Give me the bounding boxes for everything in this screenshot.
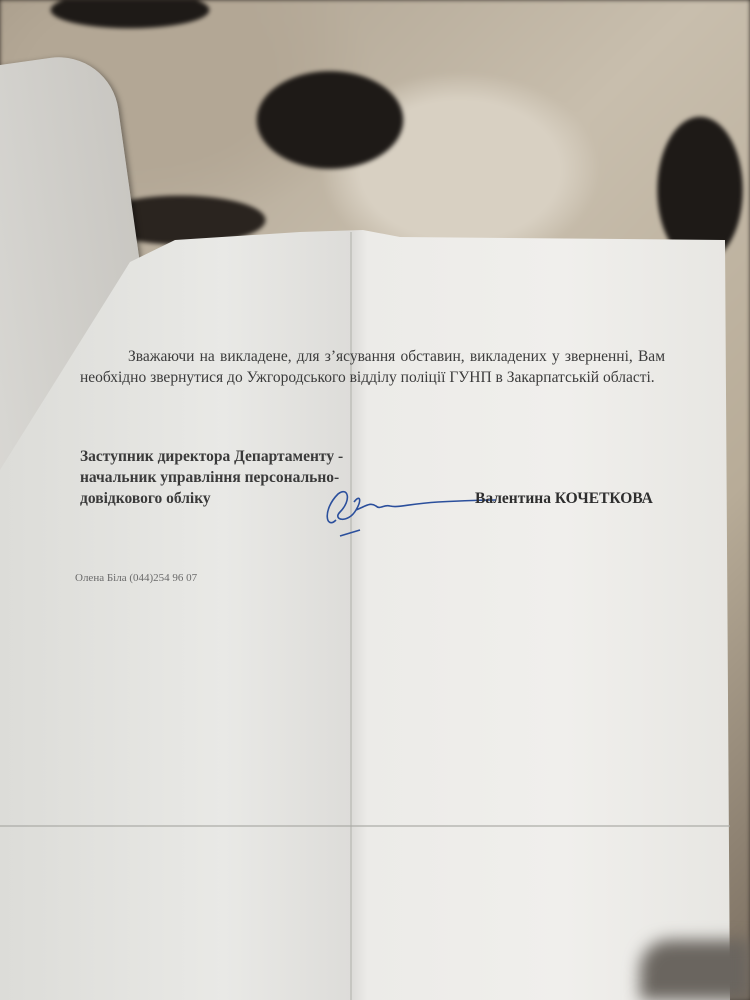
contact-info: Олена Біла (044)254 96 07 <box>75 568 197 589</box>
horizontal-fold-line <box>0 825 730 827</box>
shadow <box>640 940 750 1000</box>
body-paragraph-text: Зважаючи на викладене, для з’ясування об… <box>80 348 665 386</box>
position-line-1: Заступник директора Департаменту - <box>80 446 400 467</box>
body-paragraph: Зважаючи на викладене, для з’ясування об… <box>80 346 665 388</box>
handwritten-signature <box>318 480 498 540</box>
signatory-name: Валентина КОЧЕТКОВА <box>475 488 653 509</box>
